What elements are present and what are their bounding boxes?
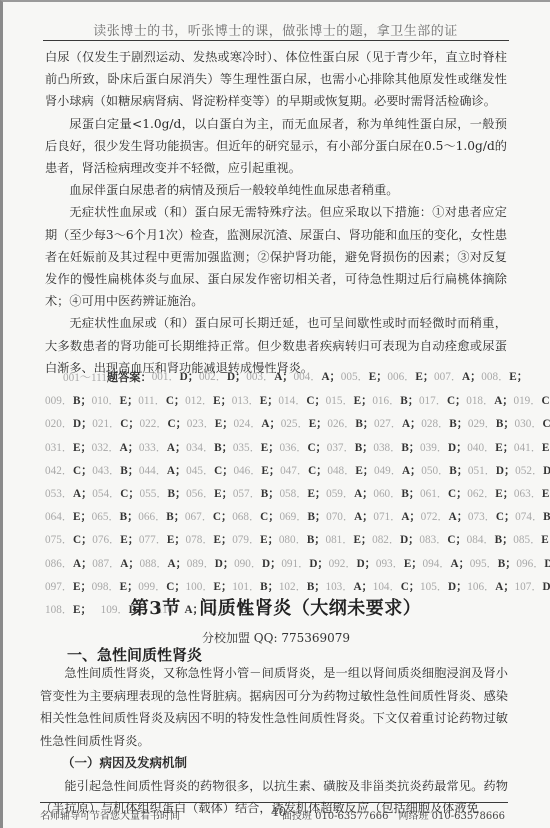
answer-item: 062．E； — [467, 483, 514, 506]
answer-item: 082．D； — [372, 529, 419, 552]
answer-item: 096．D； — [516, 553, 550, 576]
answer-item: 012．E； — [185, 390, 232, 413]
answer-item: 044．A； — [139, 460, 186, 483]
answer-item: 036．C； — [279, 437, 326, 460]
answer-item: 029．B； — [468, 413, 515, 436]
subheading-etiology: （一）病因及发病机制 — [40, 752, 508, 775]
answer-key-title: 001～111题答案： — [63, 366, 152, 390]
document-page: 读张博士的书，听张博士的课，做张博士的题，拿卫生部的证 白尿（仅发生于剧烈运动、… — [0, 0, 550, 828]
answer-item: 051．D； — [468, 460, 515, 483]
answer-item: 050．B； — [421, 460, 468, 483]
answer-item: 039．D； — [420, 437, 467, 460]
body-text: 白尿（仅发生于剧烈运动、发热或寒冷时）、体位性蛋白尿（见于青少年，直立时脊柱前凸… — [45, 46, 507, 379]
answer-item: 022．C； — [140, 413, 187, 436]
answer-row: 053．A；054．C；055．B；056．E；057．B；058．E；059．… — [45, 483, 507, 506]
header-divider — [43, 40, 509, 41]
answer-item: 005．E； — [341, 366, 388, 390]
paragraph-treatment: 无症状性血尿或（和）蛋白尿无需特殊疗法。但应采取以下措施：①对患者应定期（至少每… — [45, 201, 507, 312]
answer-item: 052．D； — [515, 460, 550, 483]
answer-item: 027．A； — [374, 413, 421, 436]
answer-item: 073．C； — [468, 506, 515, 529]
answer-item: 042．C； — [45, 460, 92, 483]
answer-row: 086．A；087．A；088．A；089．D；090．D；091．D；092．… — [45, 553, 507, 576]
answer-item: 059．A； — [326, 483, 373, 506]
answer-item: 074．B； — [515, 506, 550, 529]
answer-item: 035．E； — [233, 437, 280, 460]
answer-item: 041．E； — [514, 437, 550, 460]
answer-item: 091．D； — [281, 553, 328, 576]
answer-item: 063．E； — [514, 483, 550, 506]
answer-item: 057．B； — [233, 483, 280, 506]
answer-item: 018．A； — [466, 390, 513, 413]
answer-item: 021．C； — [92, 413, 139, 436]
answer-item: 024．A； — [233, 413, 280, 436]
section-body: 急性间质性肾炎，又称急性肾小管－间质肾炎，是一组以肾间质炎细胞浸润及肾小管变性为… — [40, 662, 508, 820]
answer-item: 084．B； — [467, 529, 514, 552]
answer-item: 023．E； — [187, 413, 234, 436]
answer-item: 038．B； — [373, 437, 420, 460]
paragraph-proteinuria: 尿蛋白定量<1.0g/d，以白蛋白为主，而无血尿者，称为单纯性蛋白尿，一般预后良… — [45, 113, 507, 180]
answer-item: 060．B； — [373, 483, 420, 506]
answer-item: 090．D； — [234, 553, 281, 576]
answer-item: 072．A； — [421, 506, 468, 529]
answer-item: 047．C； — [280, 460, 327, 483]
answer-item: 032．A； — [92, 437, 139, 460]
answer-item: 016．B； — [372, 390, 419, 413]
running-header: 读张博士的书，听张博士的课，做张博士的题，拿卫生部的证 — [43, 20, 508, 39]
answer-item: 004．A； — [293, 366, 340, 390]
answer-row: 001～111题答案：001．D；002．D；003．A；004．A；005．E… — [45, 366, 507, 390]
answer-item: 085．E； — [513, 529, 550, 552]
answer-item: 070．A； — [326, 506, 373, 529]
answer-item: 002．D； — [199, 366, 246, 390]
answer-item: 061．C； — [420, 483, 467, 506]
answer-row: 020．D；021．C；022．C；023．E；024．A；025．E；026．… — [45, 413, 507, 436]
footer-tagline: 名师辅导可节省您大量看书时间 — [40, 807, 180, 822]
answer-item: 107．D； — [515, 576, 550, 599]
answer-row: 075．C；076．E；077．E；078．E；079．E；080．B；081．… — [45, 529, 507, 552]
answer-item: 006．E； — [387, 366, 434, 390]
answer-item: 034．B； — [186, 437, 233, 460]
answer-item: 014．C； — [278, 390, 325, 413]
answer-item: 020．D； — [45, 413, 92, 436]
answer-item: 077．E； — [139, 529, 186, 552]
answer-item: 086．A； — [45, 553, 92, 576]
answer-item: 031．E； — [45, 437, 92, 460]
answer-item: 009．B； — [45, 390, 92, 413]
answer-item: 003．A； — [246, 366, 293, 390]
paragraph-hematuria: 血尿伴蛋白尿患者的病情及预后一般较单纯性血尿患者稍重。 — [45, 179, 507, 201]
footer-divider — [40, 802, 508, 803]
answer-item: 079．E； — [232, 529, 279, 552]
answer-item: 055．B； — [140, 483, 187, 506]
answer-item: 019．C； — [513, 390, 550, 413]
answer-item: 026．B； — [327, 413, 374, 436]
answer-item: 015．E； — [326, 390, 373, 413]
answer-item: 046．E； — [233, 460, 280, 483]
answer-item: 030．C； — [515, 413, 550, 436]
answer-item: 053．A； — [45, 483, 92, 506]
answer-item: 094．A； — [423, 553, 470, 576]
answer-item: 049．A； — [374, 460, 421, 483]
answer-row: 009．B；010．E；011．C；012．E；013．E；014．C；015．… — [45, 390, 507, 413]
answer-item: 010．E； — [92, 390, 139, 413]
answer-item: 045．C； — [186, 460, 233, 483]
answer-item: 069．B； — [279, 506, 326, 529]
answer-item: 083．C； — [419, 529, 466, 552]
answer-row: 031．E；032．A；033．A；034．B；035．E；036．C；037．… — [45, 437, 507, 460]
answer-item: 075．C； — [45, 529, 92, 552]
answer-item: 087．A； — [92, 553, 139, 576]
answer-item: 071．A； — [373, 506, 420, 529]
answer-item: 025．E； — [281, 413, 328, 436]
answer-item: 095．B； — [470, 553, 517, 576]
answer-item: 011．C； — [138, 390, 185, 413]
answer-item: 081．E； — [325, 529, 372, 552]
answer-item: 043．B； — [92, 460, 139, 483]
answer-item: 088．A； — [140, 553, 187, 576]
answer-item: 068．C； — [232, 506, 279, 529]
answer-item: 033．A； — [139, 437, 186, 460]
answer-key: 001～111题答案：001．D；002．D；003．A；004．A；005．E… — [45, 366, 507, 622]
answer-item: 066．B； — [138, 506, 185, 529]
answer-item: 065．B； — [92, 506, 139, 529]
answer-item: 037．B； — [327, 437, 374, 460]
footer-contact: 面授班 010-63577666 网络班 010-63578666 — [282, 807, 505, 822]
answer-item: 008．E； — [481, 366, 528, 390]
answer-item: 092．D； — [329, 553, 376, 576]
answer-item: 007．A； — [434, 366, 481, 390]
answer-row: 064．E；065．B；066．B；067．C；068．C；069．B；070．… — [45, 506, 507, 529]
answer-item: 054．C； — [92, 483, 139, 506]
answer-item: 013．E； — [232, 390, 279, 413]
answer-item: 080．B； — [279, 529, 326, 552]
answer-item: 067．C； — [185, 506, 232, 529]
answer-item: 064．E； — [45, 506, 92, 529]
paragraph-definition: 急性间质性肾炎，又称急性肾小管－间质肾炎，是一组以肾间质炎细胞浸润及肾小管变性为… — [40, 662, 508, 752]
paragraph-continued: 白尿（仅发生于剧烈运动、发热或寒冷时）、体位性蛋白尿（见于青少年，直立时脊柱前凸… — [45, 46, 507, 113]
answer-item: 017．C； — [419, 390, 466, 413]
answer-item: 089．D； — [187, 553, 234, 576]
answer-item: 076．E； — [92, 529, 139, 552]
answer-row: 042．C；043．B；044．A；045．C；046．E；047．C；048．… — [45, 460, 507, 483]
answer-item: 093．E； — [376, 553, 423, 576]
answer-item: 078．E； — [186, 529, 233, 552]
answer-item: 040．E； — [467, 437, 514, 460]
answer-item: 056．E； — [186, 483, 233, 506]
answer-item: 058．E； — [279, 483, 326, 506]
section-title: 第3节 间质性肾炎（大纲未要求） — [43, 594, 509, 620]
answer-item: 028．B； — [421, 413, 468, 436]
answer-item: 048．E； — [327, 460, 374, 483]
answer-item: 001．D； — [152, 366, 199, 390]
